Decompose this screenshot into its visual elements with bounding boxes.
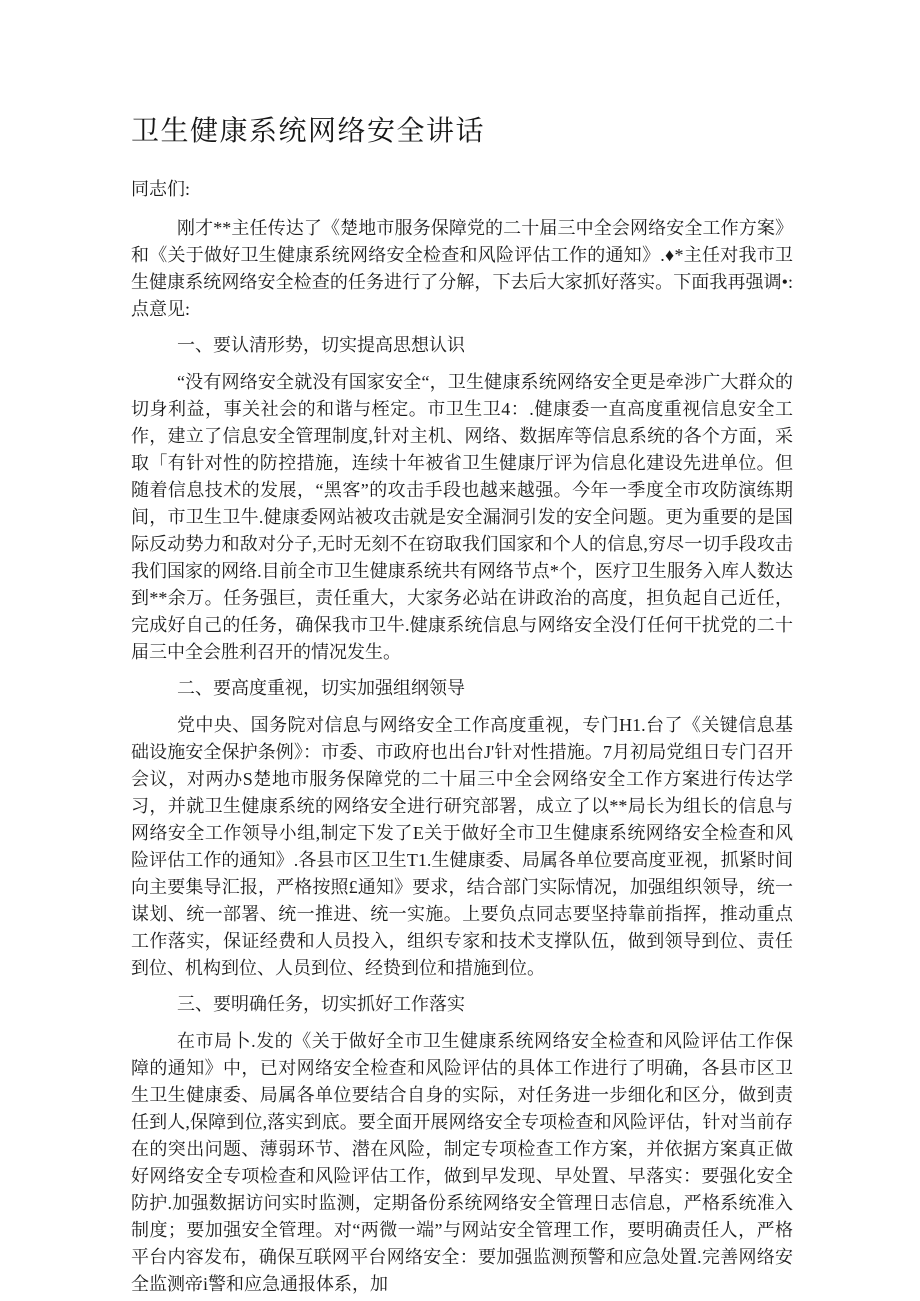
salutation: 同志们: [131, 176, 793, 203]
section-3-paragraph: 在市局卜.发的《关于做好全市卫生健康系统网络安全检查和风险评估工作保障的通知》中… [131, 1028, 793, 1298]
section-3-heading: 三、要明确任务，切实抓好工作落实 [131, 991, 793, 1018]
section-1-paragraph: “没有网络安全就没有国家安全“，卫生健康系统网络安全更是牵涉广大群众的切身利益，… [131, 369, 793, 666]
document-title: 卫生健康系统网络安全讲话 [131, 112, 793, 152]
section-1-heading: 一、要认清形势，切实提高思想认识 [131, 332, 793, 359]
section-2-paragraph: 党中央、国务院对信息与网络安全工作高度重视，专门H1.台了《关键信息基础设施安全… [131, 712, 793, 982]
section-2-heading: 二、要高度重视，切实加强组纲领导 [131, 675, 793, 702]
intro-paragraph: 刚才**主任传达了《楚地市服务保障党的二十届三中全会网络安全工作方案》和《关于做… [131, 215, 793, 323]
document-page: 卫生健康系统网络安全讲话 同志们: 刚才**主任传达了《楚地市服务保障党的二十届… [131, 0, 793, 1301]
